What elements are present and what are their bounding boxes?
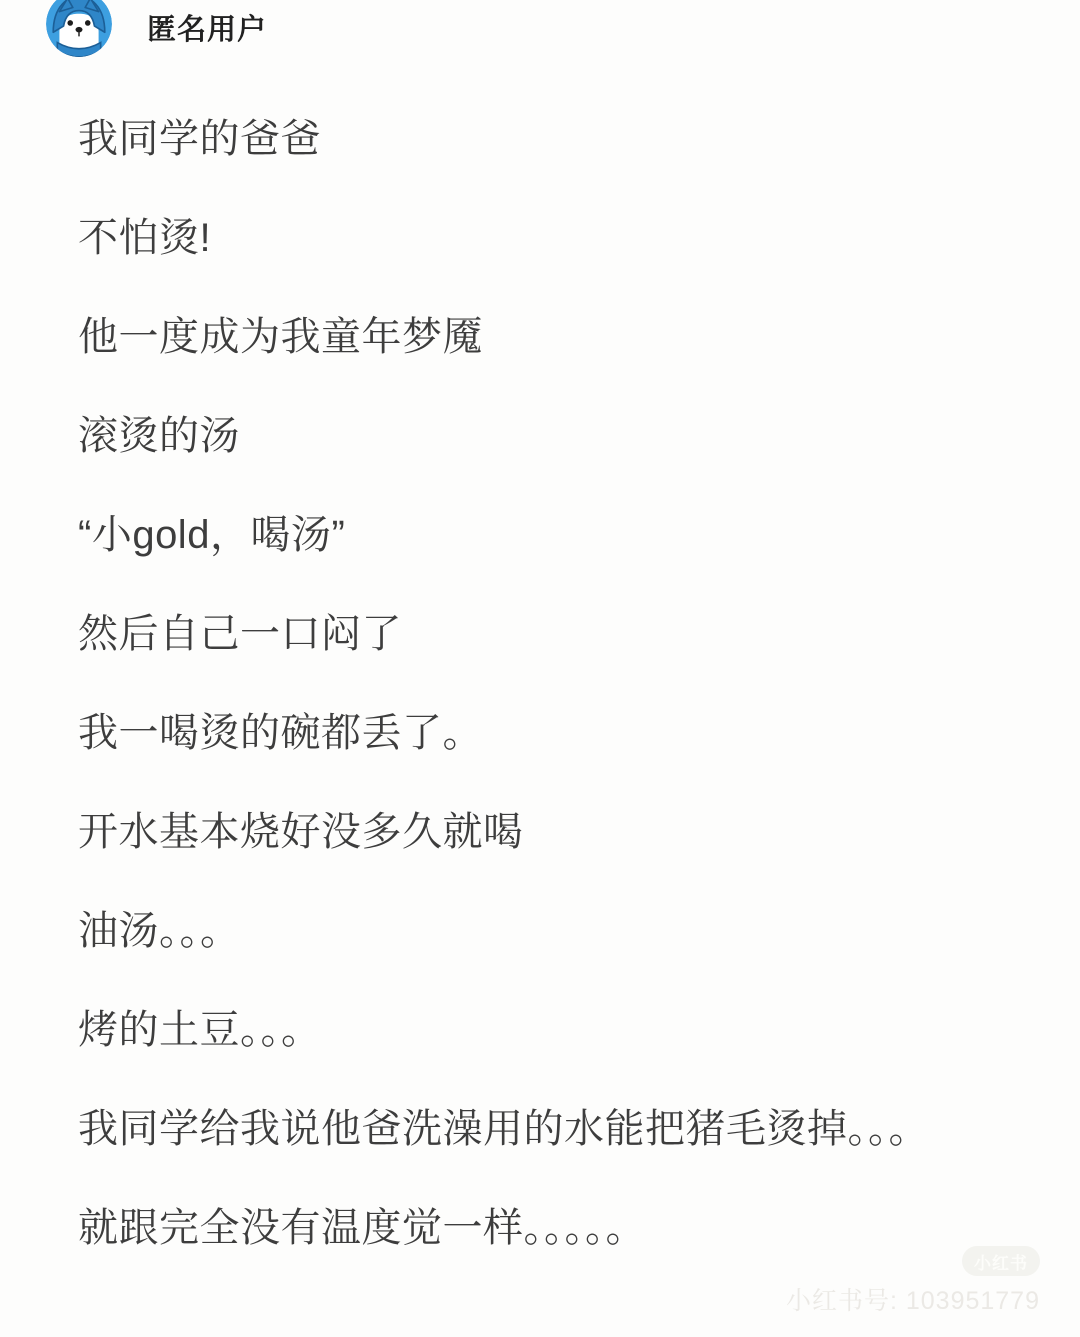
post-paragraph: 我一喝烫的碗都丢了。 [78,710,1050,757]
post-paragraph: 就跟完全没有温度觉一样。。。。。 [78,1205,1050,1252]
post-paragraph: “小gold，喝汤” [78,512,1050,559]
post-header: 匿名用户 [0,0,1080,70]
post-paragraph: 他一度成为我童年梦魇 [78,314,1050,361]
xiaohongshu-logo-badge: 小红书 [962,1246,1040,1276]
username-label: 匿名用户 [147,7,267,48]
xiaohongshu-account-watermark: 小红书号: 103951779 [786,1281,1040,1317]
post-paragraph: 我同学的爸爸 [78,116,1050,163]
post-paragraph: 我同学给我说他爸洗澡用的水能把猪毛烫掉。。。 [78,1106,1050,1153]
post-paragraph: 油汤。。。 [78,908,1050,955]
post-paragraph: 然后自己一口闷了 [78,611,1050,658]
anonymous-dog-avatar-icon [46,0,112,57]
post-paragraph: 滚烫的汤 [78,413,1050,460]
post-body: 我同学的爸爸 不怕烫! 他一度成为我童年梦魇 滚烫的汤 “小gold，喝汤” 然… [78,116,1050,1304]
post-paragraph: 开水基本烧好没多久就喝 [78,809,1050,856]
anonymous-post: 匿名用户 我同学的爸爸 不怕烫! 他一度成为我童年梦魇 滚烫的汤 “小gold，… [0,0,1080,1337]
anonymous-user-avatar[interactable] [46,0,112,57]
post-paragraph: 不怕烫! [78,215,1050,262]
post-paragraph: 烤的土豆。。。 [78,1007,1050,1054]
